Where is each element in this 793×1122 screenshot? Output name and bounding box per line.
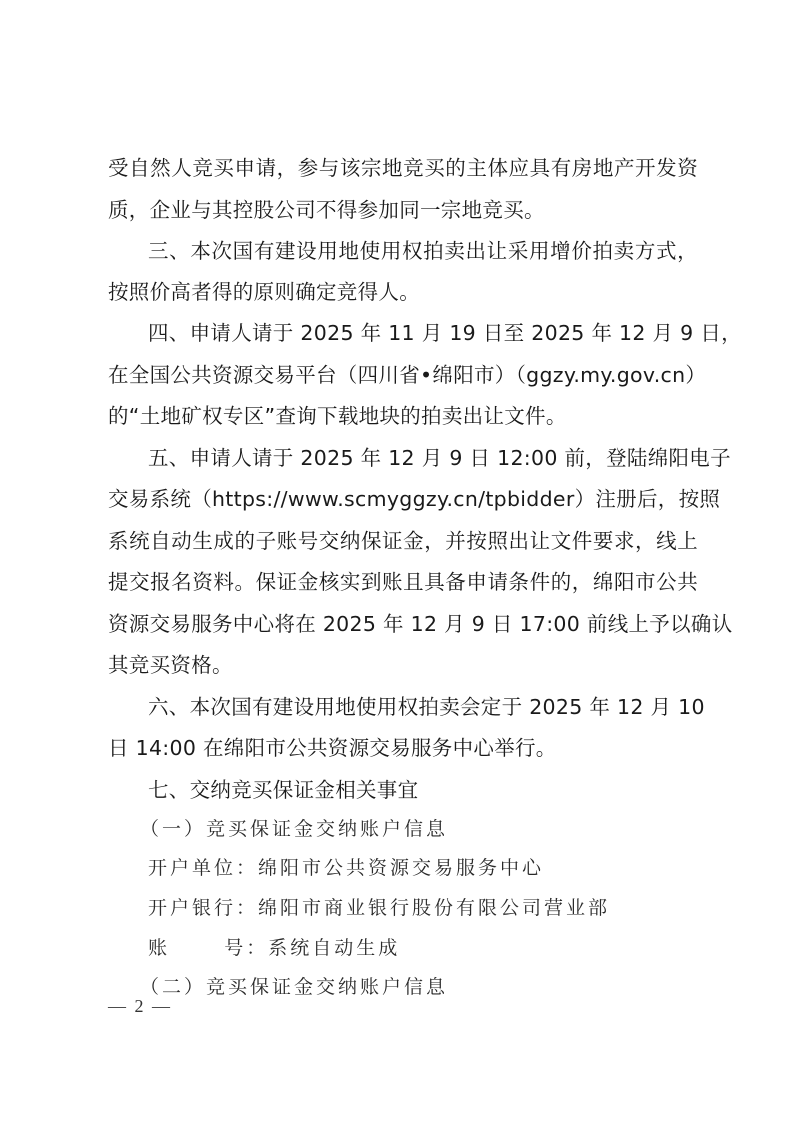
text-line: 三、本次国有建设用地使用权拍卖出让采用增价拍卖方式，: [148, 239, 698, 263]
text-line: 系统自动生成的子账号交纳保证金，并按照出让文件要求，线上: [108, 529, 698, 553]
subheading-account-info-1: （一）竞买保证金交纳账户信息: [140, 817, 730, 841]
text-line: 提交报名资料。保证金核实到账且具备申请条件的，绵阳市公共: [108, 570, 698, 594]
text-line: 日 14:00 在绵阳市公共资源交易服务中心举行。: [108, 736, 698, 760]
text-line: 的“土地矿权专区”查询下载地块的拍卖出让文件。: [108, 404, 698, 428]
text-line: 在全国公共资源交易平台（四川省•绵阳市）（ggzy.my.gov.cn）: [108, 363, 698, 387]
text-line: 其竞买资格。: [108, 653, 698, 677]
account-unit-line: 开户单位：绵阳市公共资源交易服务中心: [148, 856, 738, 880]
text-line: 质，企业与其控股公司不得参加同一宗地竞买。: [108, 198, 698, 222]
bank-line: 开户银行：绵阳市商业银行股份有限公司营业部: [148, 896, 738, 920]
document-page: 受自然人竞买申请，参与该宗地竞买的主体应具有房地产开发资质，企业与其控股公司不得…: [0, 0, 793, 1122]
text-line: 资源交易服务中心将在 2025 年 12 月 9 日 17:00 前线上予以确认: [108, 612, 698, 636]
subheading-account-info-2: （二）竞买保证金交纳账户信息: [140, 975, 730, 999]
text-line: 四、申请人请于 2025 年 11 月 19 日至 2025 年 12 月 9 …: [148, 321, 698, 345]
text-line: 五、申请人请于 2025 年 12 月 9 日 12:00 前，登陆绵阳电子: [148, 446, 698, 470]
text-line: 按照价高者得的原则确定竞得人。: [108, 280, 698, 304]
text-line: 受自然人竞买申请，参与该宗地竞买的主体应具有房地产开发资: [108, 156, 698, 180]
page-number: — 2 —: [108, 996, 172, 1017]
text-line: 交易系统（https://www.scmyggzy.cn/tpbidder）注册…: [108, 487, 698, 511]
account-number-line: 账 号：系统自动生成: [148, 936, 738, 960]
text-line: 六、本次国有建设用地使用权拍卖会定于 2025 年 12 月 10: [148, 695, 698, 719]
text-line: 七、交纳竞买保证金相关事宜: [148, 778, 698, 802]
